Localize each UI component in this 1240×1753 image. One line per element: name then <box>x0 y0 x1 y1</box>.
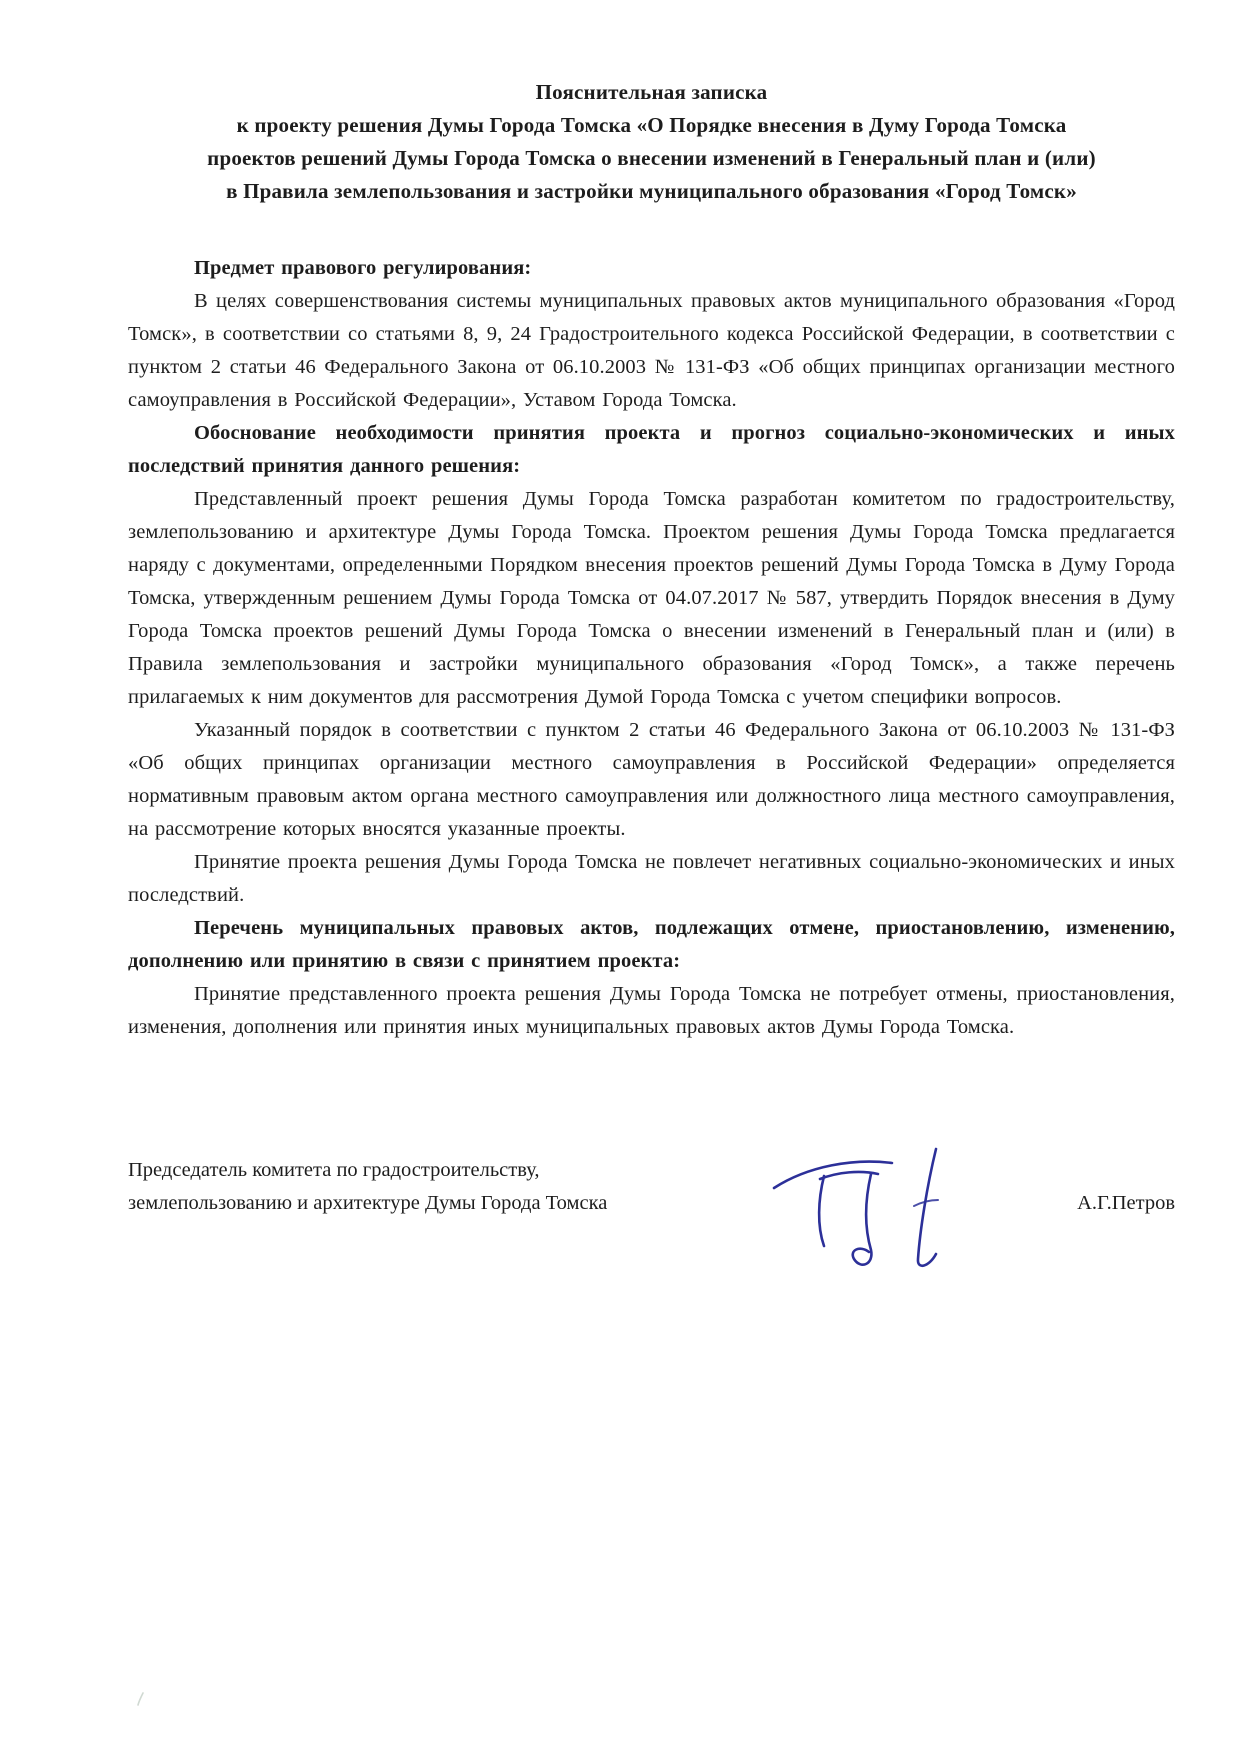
signatory-title: Председатель комитета по градостроительс… <box>128 1154 607 1220</box>
document-content: Пояснительная записка к проекту решения … <box>128 76 1175 1220</box>
signatory-title-line: землепользованию и архитектуре Думы Горо… <box>128 1187 607 1220</box>
stray-ink-mark <box>136 1692 146 1706</box>
body-paragraph: Принятие представленного проекта решения… <box>128 978 1175 1044</box>
body-paragraph: Принятие проекта решения Думы Города Том… <box>128 846 1175 912</box>
section-heading-subject: Предмет правового регулирования: <box>128 252 1175 285</box>
section-heading-justification: Обоснование необходимости принятия проек… <box>128 417 1175 483</box>
document-title-line: к проекту решения Думы Города Томска «О … <box>128 109 1175 142</box>
document-body: Предмет правового регулирования: В целях… <box>128 252 1175 1044</box>
signatory-name: А.Г.Петров <box>1077 1187 1175 1220</box>
body-paragraph: Представленный проект решения Думы Город… <box>128 483 1175 714</box>
signatory-title-line: Председатель комитета по градостроительс… <box>128 1154 607 1187</box>
body-paragraph: Указанный порядок в соответствии с пункт… <box>128 714 1175 846</box>
signature-block: Председатель комитета по градостроительс… <box>128 1154 1175 1220</box>
document-title-line: проектов решений Думы Города Томска о вн… <box>128 142 1175 175</box>
document-title-line: в Правила землепользования и застройки м… <box>128 175 1175 208</box>
document-title: Пояснительная записка к проекту решения … <box>128 76 1175 208</box>
section-heading-acts-list: Перечень муниципальных правовых актов, п… <box>128 912 1175 978</box>
document-title-line: Пояснительная записка <box>128 76 1175 109</box>
body-paragraph: В целях совершенствования системы муници… <box>128 285 1175 417</box>
document-page: Пояснительная записка к проекту решения … <box>0 0 1240 1753</box>
signature-ink <box>768 1146 968 1276</box>
